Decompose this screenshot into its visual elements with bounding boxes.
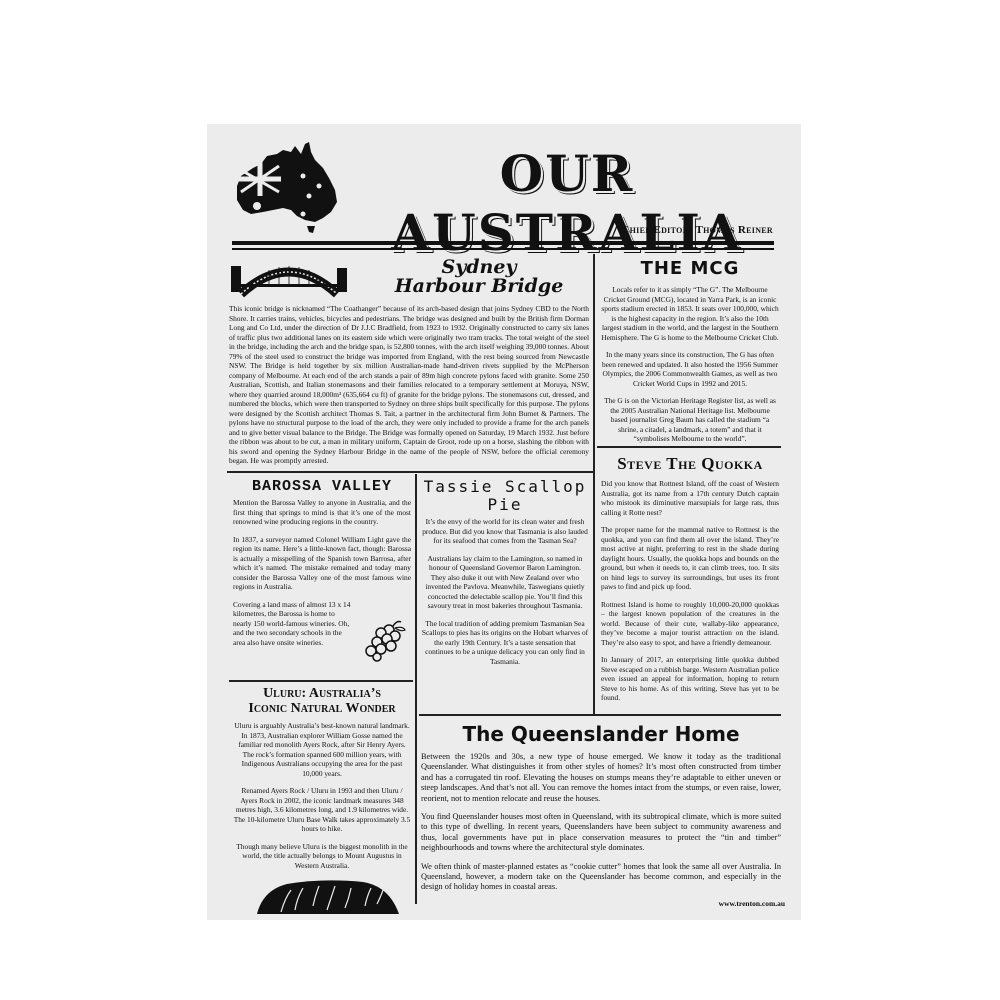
section-divider [227,471,593,473]
mcg-paragraph: In the many years since its construction… [601,350,779,388]
australia-flag-map-icon [231,138,343,234]
section-divider [597,446,781,448]
queenslander-paragraph: We often think of master-planned estates… [421,862,781,893]
uluru-paragraph: Though many believe Uluru is the biggest… [233,842,411,871]
tassie-title: Tassie Scallop Pie [421,478,589,514]
footer-url: www.trenton.com.au [719,899,785,908]
masthead: OUR AUSTRALIA Chief Editor: Thomas Reine… [207,124,801,244]
article-quokka: Steve The Quokka Did you know that Rottn… [601,454,779,703]
quokka-paragraph: Rottnest Island is home to roughly 10,00… [601,600,779,648]
article-mcg: THE MCG Locals refer to it as simply “Th… [601,258,779,444]
column-divider [415,474,417,904]
barossa-title: BAROSSA VALLEY [233,478,411,495]
grapes-icon [359,618,407,662]
column-divider [593,254,595,714]
uluru-rock-icon [253,876,403,914]
tassie-paragraph: Australians lay claim to the Lamington, … [421,554,589,611]
newspaper-page: OUR AUSTRALIA Chief Editor: Thomas Reine… [207,124,801,920]
quokka-paragraph: Did you know that Rottnest Island, off t… [601,479,779,517]
barossa-paragraph: In 1837, a surveyor named Colonel Willia… [233,535,411,592]
bridge-body: This iconic bridge is nicknamed “The Coa… [229,304,589,466]
mcg-paragraph: Locals refer to it as simply “The G”. Th… [601,285,779,342]
article-harbour-bridge: Sydney Harbour Bridge This iconic bridge… [229,256,589,468]
harbour-bridge-icon [229,256,349,300]
bridge-title: Sydney Harbour Bridge [379,258,579,296]
tassie-paragraph: The local tradition of adding premium Ta… [421,619,589,667]
section-divider [229,680,413,682]
masthead-rule-thin [232,248,774,250]
quokka-body: Did you know that Rottnest Island, off t… [601,479,779,703]
masthead-rule [232,241,774,245]
barossa-paragraph: Covering a land mass of almost 13 x 14 k… [233,600,353,648]
article-tassie: Tassie Scallop Pie It’s the envy of the … [421,478,589,666]
mcg-title: THE MCG [601,258,779,279]
article-queenslander: The Queenslander Home Between the 1920s … [421,722,781,893]
tassie-body: It’s the envy of the world for its clean… [421,517,589,666]
uluru-paragraph: Renamed Ayers Rock / Uluru in 1993 and t… [233,786,411,834]
tassie-paragraph: It’s the envy of the world for its clean… [421,517,589,546]
queenslander-title: The Queenslander Home [421,722,781,746]
uluru-title-line1: Uluru: Australia’s [233,686,411,701]
quokka-paragraph: In January of 2017, an enterprising litt… [601,655,779,703]
queenslander-body: Between the 1920s and 30s, a new type of… [421,752,781,893]
uluru-paragraph: Uluru is arguably Australia’s best-known… [233,721,411,778]
chief-editor: Chief Editor: Thomas Reiner [621,224,773,236]
mcg-body: Locals refer to it as simply “The G”. Th… [601,285,779,444]
uluru-title: Uluru: Australia’s Iconic Natural Wonder [233,686,411,716]
article-uluru: Uluru: Australia’s Iconic Natural Wonder… [233,686,411,918]
bridge-title-line2: Harbour Bridge [379,277,579,296]
uluru-body: Uluru is arguably Australia’s best-known… [233,721,411,870]
queenslander-paragraph: Between the 1920s and 30s, a new type of… [421,752,781,804]
barossa-paragraph: Mention the Barossa Valley to anyone in … [233,498,411,527]
quokka-title: Steve The Quokka [601,454,779,474]
quokka-paragraph: The proper name for the mammal native to… [601,525,779,592]
queenslander-paragraph: You find Queenslander houses most often … [421,812,781,854]
article-barossa: BAROSSA VALLEY Mention the Barossa Valle… [233,478,411,678]
section-divider [419,714,781,716]
mcg-paragraph: The G is on the Victorian Heritage Regis… [601,396,779,444]
uluru-title-line2: Iconic Natural Wonder [233,701,411,716]
